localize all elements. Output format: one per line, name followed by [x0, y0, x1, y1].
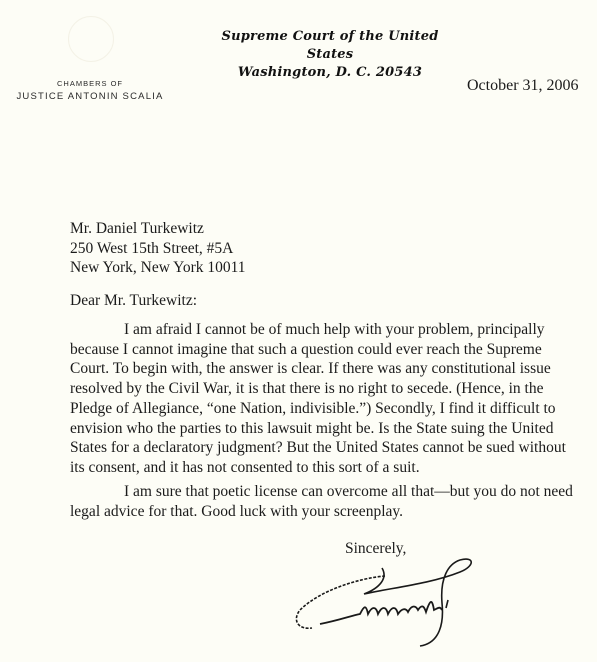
- paragraph-line: legal advice for that. Good luck with yo…: [70, 502, 556, 522]
- body-paragraph-2: I am sure that poetic license can overco…: [70, 482, 556, 521]
- body-paragraph-1: I am afraid I cannot be of much help wit…: [70, 320, 556, 478]
- paragraph-line: I am sure that poetic license can overco…: [70, 482, 556, 502]
- paragraph-line: Pledge of Allegiance, “one Nation, indiv…: [70, 399, 556, 419]
- court-seal-icon: [68, 16, 114, 62]
- letterhead: Supreme Court of the United States Washi…: [200, 28, 460, 82]
- recipient-city: New York, New York 10011: [70, 258, 246, 278]
- paragraph-line: envision who the parties to this lawsuit…: [70, 419, 556, 439]
- chambers-label: CHAMBERS OF: [0, 78, 180, 90]
- justice-name: JUSTICE ANTONIN SCALIA: [0, 90, 180, 104]
- letter-date: October 31, 2006: [467, 77, 579, 95]
- chambers-block: CHAMBERS OF JUSTICE ANTONIN SCALIA: [0, 78, 180, 104]
- paragraph-line: resolved by the Civil War, it is that th…: [70, 379, 556, 399]
- salutation: Dear Mr. Turkewitz:: [70, 292, 197, 310]
- paragraph-line: Court. To begin with, the answer is clea…: [70, 359, 556, 379]
- paragraph-line: because I cannot imagine that such a que…: [70, 340, 556, 360]
- court-name: Supreme Court of the United States: [200, 28, 460, 64]
- paragraph-line: its consent, and it has not consented to…: [70, 458, 556, 478]
- recipient-street: 250 West 15th Street, #5A: [70, 239, 246, 259]
- handwritten-signature-icon: [290, 548, 550, 648]
- recipient-name: Mr. Daniel Turkewitz: [70, 219, 246, 239]
- recipient-address: Mr. Daniel Turkewitz 250 West 15th Stree…: [70, 219, 246, 278]
- paragraph-line: I am afraid I cannot be of much help wit…: [70, 320, 556, 340]
- court-location: Washington, D. C. 20543: [200, 64, 460, 82]
- paragraph-line: States for a declaratory judgment? But t…: [70, 438, 556, 458]
